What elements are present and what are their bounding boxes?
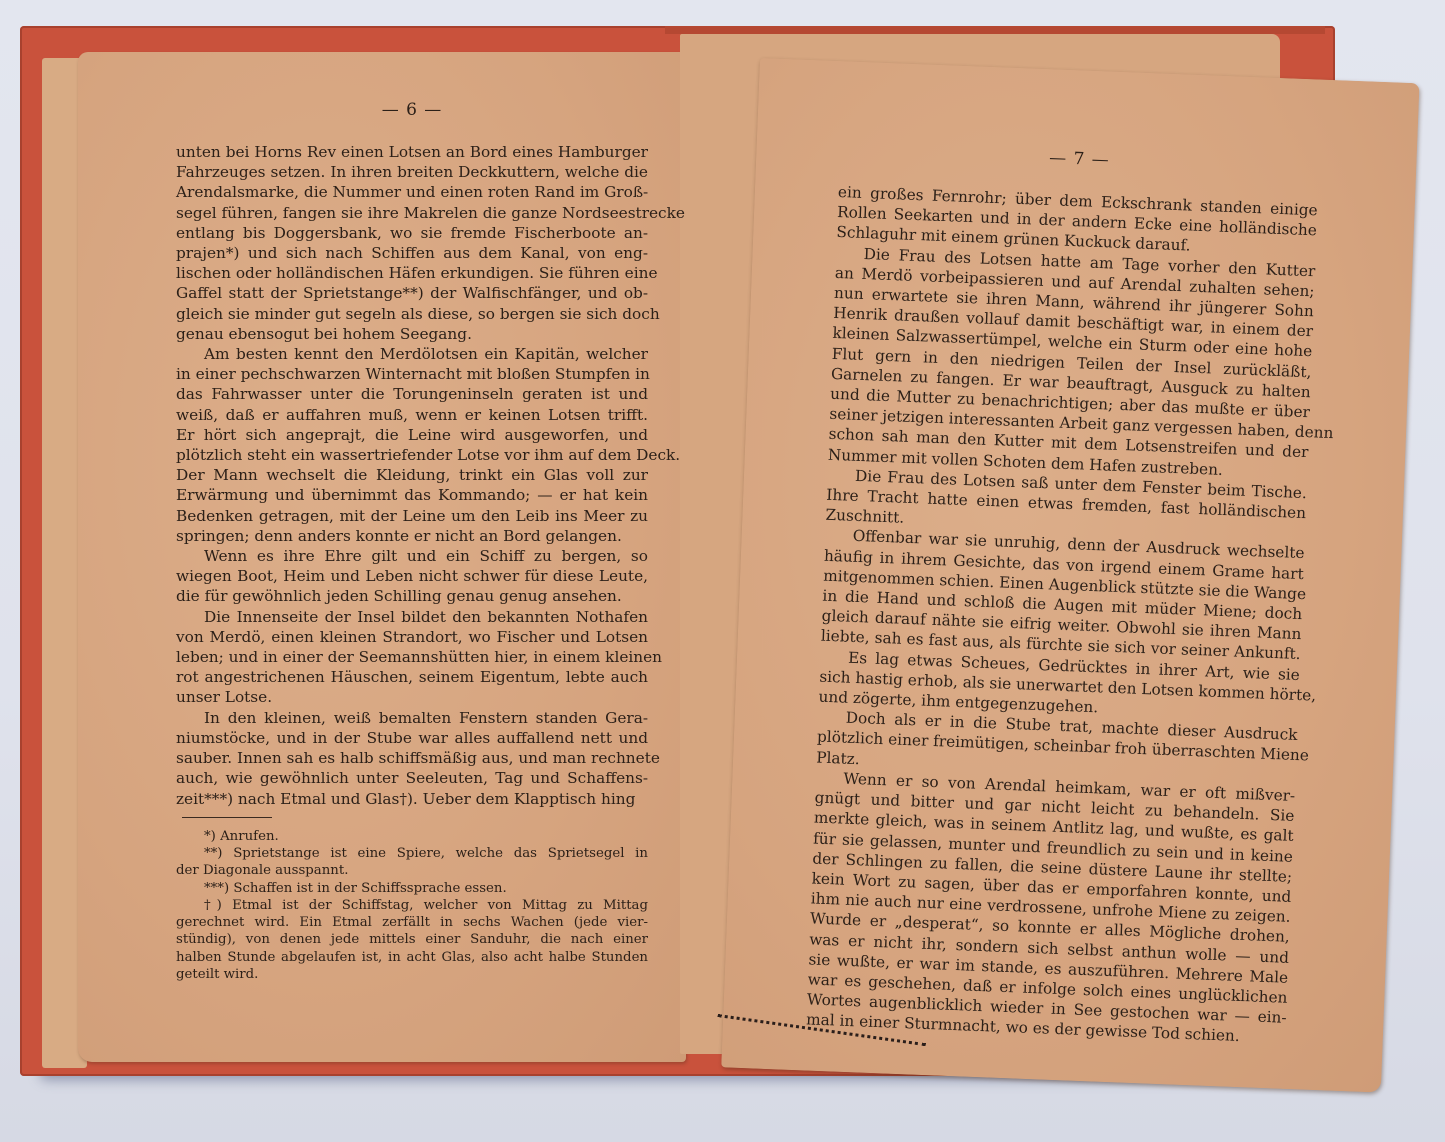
text-line: von Merdö, einen kleinen Strandort, wo F… bbox=[176, 627, 648, 647]
page-number: — 6 — bbox=[176, 100, 648, 120]
body-text: unten bei Horns Rev einen Lotsen an Bord… bbox=[176, 142, 648, 809]
text-line: auch, wie gewöhnlich unter Seeleuten, Ta… bbox=[176, 768, 648, 788]
text-line: stündig), von denen jede mittels einer S… bbox=[176, 931, 648, 948]
text-line: Der Mann wechselt die Kleidung, trinkt e… bbox=[176, 465, 648, 485]
body-text: ein großes Fernrohr; über dem Eckschrank… bbox=[806, 182, 1318, 1048]
right-page-text: — 7 — ein großes Fernrohr; über dem Ecks… bbox=[806, 140, 1320, 1048]
text-line: sauber. Innen sah es halb schiffsmäßig a… bbox=[176, 748, 648, 768]
text-line: zeit***) nach Etmal und Glas†). Ueber de… bbox=[176, 789, 648, 809]
cover-top-edge bbox=[665, 26, 1325, 34]
text-line: Am besten kennt den Merdölotsen ein Kapi… bbox=[176, 344, 648, 364]
text-line: wiegen Boot, Heim und Leben nicht schwer… bbox=[176, 566, 648, 586]
text-line: ***) Schaffen ist in der Schiffssprache … bbox=[176, 880, 648, 897]
text-line: Die Innenseite der Insel bildet den beka… bbox=[176, 607, 648, 627]
text-line: unser Lotse. bbox=[176, 687, 648, 707]
text-line: plötzlich steht ein wassertriefender Lot… bbox=[176, 445, 648, 465]
text-line: genau ebensogut bei hohem Seegang. bbox=[176, 324, 648, 344]
text-line: Wenn es ihre Ehre gilt und ein Schiff zu… bbox=[176, 546, 648, 566]
text-line: in einer pechschwarzen Winternacht mit b… bbox=[176, 364, 648, 384]
text-line: **) Sprietstange ist eine Spiere, welche… bbox=[176, 845, 648, 862]
text-line: der Diagonale ausspannt. bbox=[176, 862, 648, 879]
text-line: niumstöcke, und in der Stube war alles a… bbox=[176, 728, 648, 748]
text-line: halben Stunde abgelaufen ist, in acht Gl… bbox=[176, 949, 648, 966]
footnote-rule bbox=[182, 817, 272, 818]
text-line: rot angestrichenen Häuschen, seinem Eige… bbox=[176, 667, 648, 687]
text-line: Er hört sich angeprajt, die Leine wird a… bbox=[176, 425, 648, 445]
text-line: Arendalsmarke, die Nummer und einen rote… bbox=[176, 182, 648, 202]
text-line: leben; und in einer der Seemannshütten h… bbox=[176, 647, 648, 667]
text-line: *) Anrufen. bbox=[176, 828, 648, 845]
text-line: springen; denn anders konnte er nicht an… bbox=[176, 526, 648, 546]
text-line: Gaffel statt der Sprietstange**) der Wal… bbox=[176, 283, 648, 303]
text-line: entlang bis Doggersbank, wo sie fremde F… bbox=[176, 223, 648, 243]
text-line: lischen oder holländischen Häfen erkundi… bbox=[176, 263, 648, 283]
text-line: weiß, daß er auffahren muß, wenn er kein… bbox=[176, 405, 648, 425]
text-line: In den kleinen, weiß bemalten Fenstern s… bbox=[176, 708, 648, 728]
text-line: das Fahrwasser unter die Torungeninseln … bbox=[176, 384, 648, 404]
left-page-text: — 6 — unten bei Horns Rev einen Lotsen a… bbox=[176, 100, 648, 983]
text-line: Bedenken getragen, mit der Leine um den … bbox=[176, 506, 648, 526]
text-line: unten bei Horns Rev einen Lotsen an Bord… bbox=[176, 142, 648, 162]
footnotes: *) Anrufen.**) Sprietstange ist eine Spi… bbox=[176, 828, 648, 984]
text-line: prajen*) und sich nach Schiffen aus dem … bbox=[176, 243, 648, 263]
text-line: †) Etmal ist der Schiffstag, welcher von… bbox=[176, 897, 648, 914]
text-line: gerechnet wird. Ein Etmal zerfällt in se… bbox=[176, 914, 648, 931]
text-line: Fahrzeuges setzen. In ihren breiten Deck… bbox=[176, 162, 648, 182]
text-line: gleich sie minder gut segeln als diese, … bbox=[176, 304, 648, 324]
text-line: Erwärmung und übernimmt das Kommando; — … bbox=[176, 485, 648, 505]
text-line: die für gewöhnlich jeden Schilling genau… bbox=[176, 586, 648, 606]
text-line: segel führen, fangen sie ihre Makrelen d… bbox=[176, 203, 648, 223]
text-line: geteilt wird. bbox=[176, 966, 648, 983]
